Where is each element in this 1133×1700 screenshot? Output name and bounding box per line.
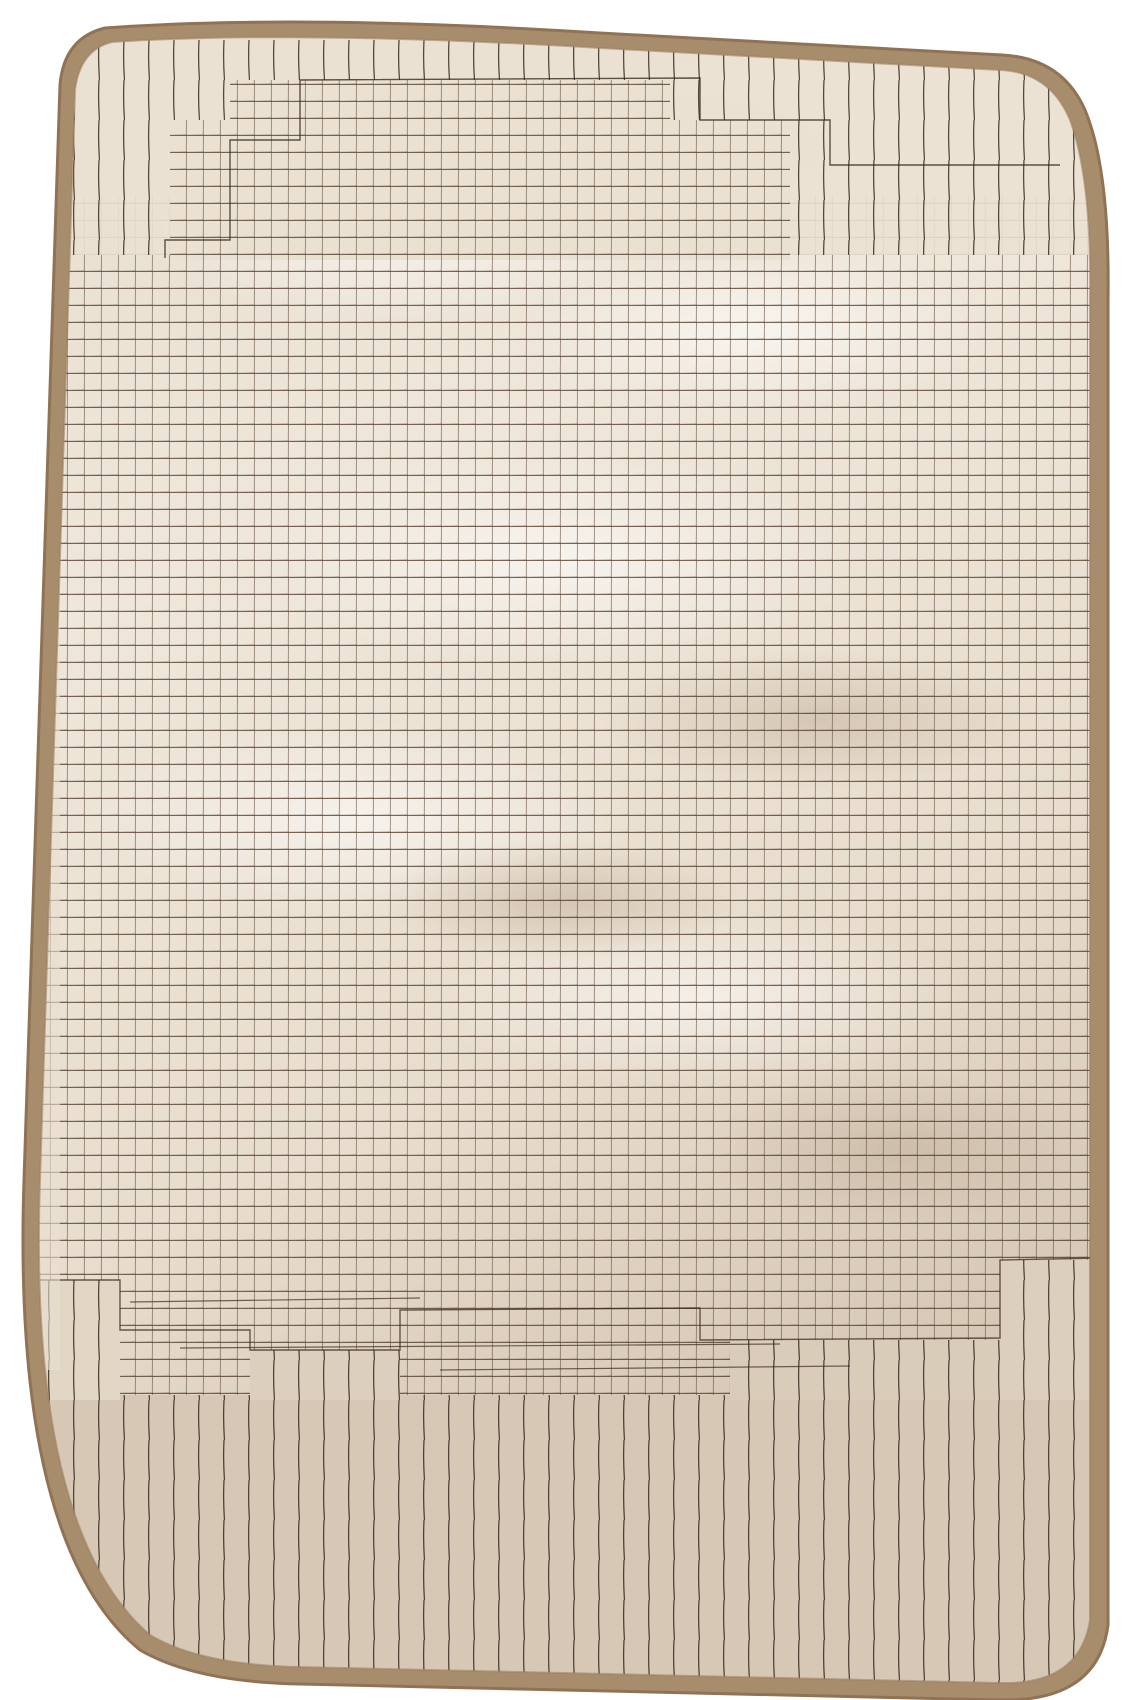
rug-field — [0, 0, 1133, 1700]
rug-illustration — [0, 0, 1133, 1700]
grid-pattern — [0, 195, 1133, 1405]
rug-photo — [0, 0, 1133, 1700]
